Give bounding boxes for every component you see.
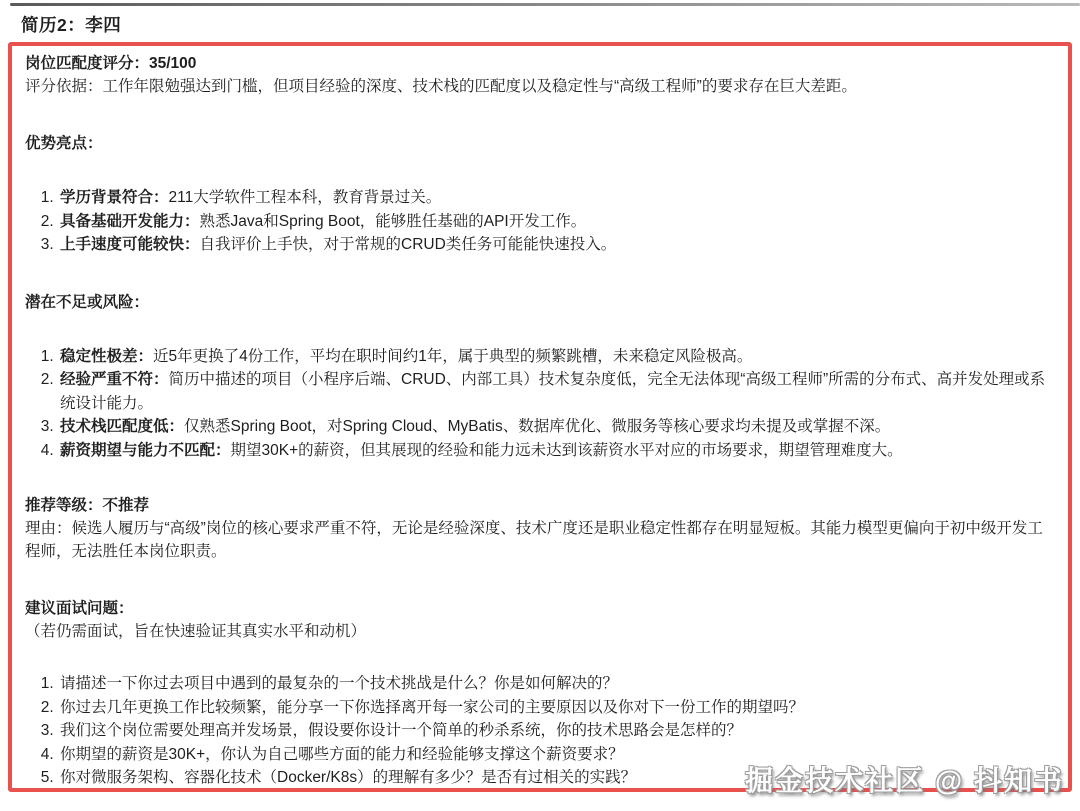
interview-question: 我们这个岗位需要处理高并发场景，假设要你设计一个简单的秒杀系统，你的技术思路会是… (58, 719, 1058, 743)
page-title: 简历2：李四 (21, 12, 1080, 37)
risk-item: 薪资期望与能力不匹配：期望30K+的薪资，但其展现的经验和能力远未达到该薪资水平… (58, 439, 1058, 463)
match-score: 岗位匹配度评分：35/100 (25, 52, 1058, 75)
strengths-list: 学历背景符合：211大学软件工程本科，教育背景过关。 具备基础开发能力：熟悉Ja… (25, 186, 1058, 257)
interview-question: 你对微服务架构、容器化技术（Docker/K8s）的理解有多少？是否有过相关的实… (58, 766, 1058, 790)
strength-item-lead: 学历背景符合： (60, 189, 169, 206)
interview-question-text: 我们这个岗位需要处理高并发场景，假设要你设计一个简单的秒杀系统，你的技术思路会是… (60, 722, 742, 739)
risk-item: 经验严重不符：简历中描述的项目（小程序后端、CRUD、内部工具）技术复杂度低，完… (58, 368, 1058, 415)
strengths-heading: 优势亮点： (25, 132, 1058, 155)
risk-item-lead: 经验严重不符： (60, 371, 169, 388)
strength-item: 上手速度可能较快：自我评价上手快，对于常规的CRUD类任务可能能快速投入。 (58, 233, 1058, 257)
strength-item-lead: 具备基础开发能力： (60, 213, 200, 230)
recommendation-level: 推荐等级：不推荐 (25, 494, 1058, 517)
recommendation-reason: 理由：候选人履历与“高级”岗位的核心要求严重不符，无论是经验深度、技术广度还是职… (25, 517, 1058, 563)
strength-item-text: 211大学软件工程本科，教育背景过关。 (169, 189, 442, 206)
evaluation-report-box: 岗位匹配度评分：35/100 评分依据：工作年限勉强达到门槛，但项目经验的深度、… (8, 42, 1072, 792)
risk-item: 稳定性极差：近5年更换了4份工作，平均在职时间约1年，属于典型的频繁跳槽，未来稳… (58, 345, 1058, 369)
recommendation-block: 推荐等级：不推荐 理由：候选人履历与“高级”岗位的核心要求严重不符，无论是经验深… (25, 494, 1058, 563)
risks-list: 稳定性极差：近5年更换了4份工作，平均在职时间约1年，属于典型的频繁跳槽，未来稳… (25, 345, 1058, 463)
interview-questions-list: 请描述一下你过去项目中遇到的最复杂的一个技术挑战是什么？你是如何解决的？ 你过去… (25, 672, 1058, 790)
strength-item-text: 熟悉Java和Spring Boot，能够胜任基础的API开发工作。 (200, 213, 587, 230)
score-basis: 评分依据：工作年限勉强达到门槛，但项目经验的深度、技术栈的匹配度以及稳定性与“高… (25, 75, 1058, 98)
interview-heading: 建议面试问题： (25, 597, 1058, 620)
interview-question: 你过去几年更换工作比较频繁，能分享一下你选择离开每一家公司的主要原因以及你对下一… (58, 696, 1058, 720)
risk-item-text: 仅熟悉Spring Boot，对Spring Cloud、MyBatis、数据库… (184, 418, 890, 435)
risk-item-lead: 稳定性极差： (60, 348, 153, 365)
interview-question: 请描述一下你过去项目中遇到的最复杂的一个技术挑战是什么？你是如何解决的？ (58, 672, 1058, 696)
risks-heading: 潜在不足或风险： (25, 291, 1058, 314)
risk-item: 技术栈匹配度低：仅熟悉Spring Boot，对Spring Cloud、MyB… (58, 415, 1058, 439)
strength-item-lead: 上手速度可能较快： (60, 236, 200, 253)
strength-item: 学历背景符合：211大学软件工程本科，教育背景过关。 (58, 186, 1058, 210)
top-divider (10, 3, 1080, 6)
interview-note: （若仍需面试，旨在快速验证其真实水平和动机） (25, 620, 1058, 643)
risk-item-text: 近5年更换了4份工作，平均在职时间约1年，属于典型的频繁跳槽，未来稳定风险极高。 (153, 348, 752, 365)
risk-item-lead: 技术栈匹配度低： (60, 418, 184, 435)
strength-item-text: 自我评价上手快，对于常规的CRUD类任务可能能快速投入。 (200, 236, 617, 253)
strength-item: 具备基础开发能力：熟悉Java和Spring Boot，能够胜任基础的API开发… (58, 210, 1058, 234)
interview-question: 你期望的薪资是30K+，你认为自己哪些方面的能力和经验能够支撑这个薪资要求？ (58, 743, 1058, 767)
interview-question-text: 你过去几年更换工作比较频繁，能分享一下你选择离开每一家公司的主要原因以及你对下一… (60, 699, 804, 716)
interview-question-text: 请描述一下你过去项目中遇到的最复杂的一个技术挑战是什么？你是如何解决的？ (60, 675, 618, 692)
interview-question-text: 你期望的薪资是30K+，你认为自己哪些方面的能力和经验能够支撑这个薪资要求？ (60, 746, 624, 763)
interview-question-text: 你对微服务架构、容器化技术（Docker/K8s）的理解有多少？是否有过相关的实… (60, 769, 636, 786)
risk-item-text: 期望30K+的薪资，但其展现的经验和能力远未达到该薪资水平对应的市场要求，期望管… (231, 442, 903, 459)
risk-item-lead: 薪资期望与能力不匹配： (60, 442, 231, 459)
risk-item-text: 简历中描述的项目（小程序后端、CRUD、内部工具）技术复杂度低，完全无法体现“高… (60, 371, 1045, 412)
